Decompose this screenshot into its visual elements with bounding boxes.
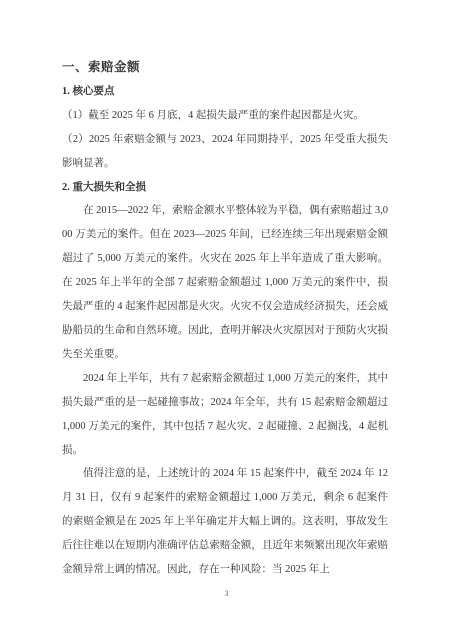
- page-number: 3: [0, 588, 453, 600]
- key-point-1: （1）截至 2025 年 6 月底，4 起损失最严重的案件起因都是火灾。: [62, 104, 388, 128]
- subsection-heading-major-losses: 2. 重大损失和全损: [62, 176, 388, 200]
- body-paragraph-2024-cases: 2024 年上半年，共有 7 起索赔金额超过 1,000 万美元的案件，其中损失…: [62, 367, 388, 463]
- body-paragraph-2024-revision: 值得注意的是，上述统计的 2024 年 15 起案件中，截至 2024 年 12…: [62, 462, 388, 582]
- section-title: 一、索赔金额: [62, 56, 388, 80]
- document-content: 一、索赔金额 1. 核心要点 （1）截至 2025 年 6 月底，4 起损失最严…: [62, 56, 388, 582]
- document-page: 一、索赔金额 1. 核心要点 （1）截至 2025 年 6 月底，4 起损失最严…: [0, 0, 453, 640]
- key-point-2: （2）2025 年索赔金额与 2023、2024 年同期持平，2025 年受重大…: [62, 128, 388, 176]
- subsection-heading-core-points: 1. 核心要点: [62, 80, 388, 104]
- body-paragraph-claim-trend: 在 2015—2022 年，索赔金额水平整体较为平稳，偶有索赔超过 3,000 …: [62, 199, 388, 366]
